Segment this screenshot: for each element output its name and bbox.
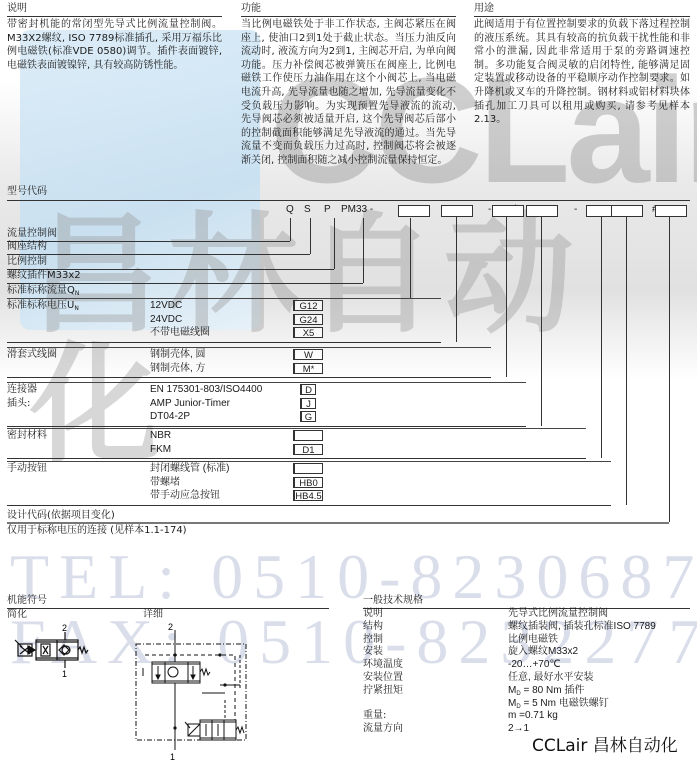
leader-line-v bbox=[456, 216, 457, 342]
spec-key: 说明 bbox=[363, 608, 383, 620]
detailed-symbol-diagram: 2 1 bbox=[130, 620, 260, 764]
code-slot-box[interactable] bbox=[611, 205, 643, 217]
description-text: 带密封机能的常闭型先导式比例流量控制阀。M33X2螺纹, ISO 7789标准插… bbox=[7, 18, 222, 72]
port-2-label: 2 bbox=[62, 623, 67, 633]
design-code-line bbox=[7, 522, 669, 524]
description-title: 说明 bbox=[7, 3, 222, 17]
spec-key: 重量: bbox=[363, 710, 386, 722]
spec-key: 控制 bbox=[363, 634, 383, 646]
code-part: P bbox=[324, 204, 331, 216]
spec-key: 流量方向 bbox=[363, 723, 403, 735]
code-option-text: 带手动应急按钮 bbox=[150, 490, 220, 502]
usage-title: 用途 bbox=[474, 3, 690, 17]
leader-line-v bbox=[310, 218, 311, 254]
group-separator bbox=[7, 298, 441, 299]
spec-key: 结构 bbox=[363, 621, 383, 633]
code-level-label: 阀座结构 bbox=[7, 241, 47, 253]
footnote: 仅用于标称电压的连接 (见样本1.1-174) bbox=[7, 525, 187, 537]
leader-line-h bbox=[7, 342, 441, 343]
code-option-text: 封闭螺线管 (标准) bbox=[150, 463, 229, 475]
leader-line-v bbox=[626, 216, 627, 505]
code-option-box[interactable]: D bbox=[300, 384, 316, 395]
code-part: - bbox=[574, 204, 577, 216]
design-code-label: 设计代码(依据项目变化) bbox=[7, 510, 115, 522]
code-slot-box[interactable] bbox=[492, 205, 524, 217]
leader-line-v bbox=[669, 216, 670, 522]
code-group-label: 密封材料 bbox=[7, 430, 47, 442]
spec-value: m =0.71 kg bbox=[508, 710, 558, 722]
leader-line-h bbox=[7, 283, 363, 284]
code-group-label: 标准标称电压UN bbox=[7, 300, 79, 315]
code-slot-box[interactable] bbox=[526, 205, 558, 217]
code-level-label: 螺纹插件M33x2 bbox=[7, 270, 81, 282]
model-code-rule bbox=[7, 200, 690, 201]
leader-line-v bbox=[334, 218, 335, 269]
code-part: - bbox=[488, 204, 491, 216]
footer-brand: CCLair 昌林自动化 bbox=[532, 731, 678, 756]
code-option-text: 24VDC bbox=[150, 314, 182, 326]
leader-line-v bbox=[290, 218, 291, 241]
code-option-box[interactable]: M* bbox=[293, 363, 323, 374]
spec-value: 2→1 bbox=[508, 723, 529, 735]
simplified-symbol-diagram: 2 1 bbox=[0, 620, 110, 690]
code-group-label: 滑套式线圈 bbox=[7, 349, 57, 361]
code-part: Q bbox=[286, 204, 294, 216]
code-option-box[interactable] bbox=[293, 430, 323, 441]
spec-value: 比例电磁铁 bbox=[508, 634, 558, 646]
code-slot-box[interactable] bbox=[655, 205, 687, 217]
spec-value: -20…+70℃ bbox=[508, 659, 561, 671]
code-option-text: NBR bbox=[150, 430, 171, 442]
code-option-text: 12VDC bbox=[150, 300, 182, 312]
leader-line-v bbox=[541, 216, 542, 426]
leader-line-h bbox=[7, 377, 491, 378]
code-option-box[interactable]: G24 bbox=[293, 314, 323, 325]
code-slot-box[interactable] bbox=[441, 205, 473, 217]
code-option-text: DT04-2P bbox=[150, 411, 190, 423]
usage-text: 此阀适用于有位置控制要求的负载下落过程控制的液压系统。其具有较高的抗负载干扰性能… bbox=[474, 18, 690, 127]
spec-key: 安装位置 bbox=[363, 672, 403, 684]
code-option-box[interactable]: J bbox=[300, 398, 316, 409]
spec-value: 任意, 最好水平安装 bbox=[508, 672, 594, 684]
group-separator bbox=[7, 428, 586, 429]
spec-key: 环境温度 bbox=[363, 659, 403, 671]
function-title: 功能 bbox=[241, 3, 456, 17]
code-option-box[interactable] bbox=[293, 463, 323, 474]
specs-title: 一般技术规格 bbox=[363, 595, 690, 609]
code-slot-box[interactable] bbox=[398, 205, 430, 217]
code-option-text: 带螺堵 bbox=[150, 477, 180, 489]
code-option-text: 钢制壳体, 圆 bbox=[150, 349, 206, 361]
spec-key: 安装 bbox=[363, 646, 383, 658]
code-option-box[interactable]: HB0 bbox=[293, 477, 323, 488]
leader-line-h bbox=[7, 426, 526, 427]
spec-value: 旋入螺纹M33x2 bbox=[508, 646, 578, 658]
leader-line-h bbox=[7, 458, 586, 459]
code-option-text: 不带电磁线圈 bbox=[150, 327, 210, 339]
group-separator bbox=[7, 461, 611, 462]
model-code-title: 型号代码 bbox=[7, 186, 47, 198]
spec-key: 拧紧扭矩 bbox=[363, 685, 403, 697]
code-group-label-2: 插头: bbox=[7, 398, 30, 410]
leader-line-v bbox=[410, 218, 411, 298]
leader-line-v bbox=[506, 216, 507, 377]
detail-port-1-label: 1 bbox=[170, 752, 175, 762]
port-1-label: 1 bbox=[62, 669, 67, 679]
code-part: PM33 - bbox=[341, 204, 373, 216]
leader-line-h bbox=[7, 254, 310, 255]
spec-value: 先导式比例流量控制阀 bbox=[508, 608, 608, 620]
spec-value: 螺纹插装阀, 插装孔标准ISO 7789 bbox=[508, 621, 656, 633]
leader-line-h bbox=[7, 241, 290, 242]
code-option-box[interactable]: X5 bbox=[293, 327, 323, 338]
code-option-box[interactable]: HB4.5 bbox=[293, 490, 323, 501]
code-level-label: 流量控制阀 bbox=[7, 228, 57, 240]
code-option-text: EN 175301-803/ISO4400 bbox=[150, 384, 262, 396]
leader-line-v bbox=[601, 216, 602, 458]
function-text: 当比例电磁铁处于非工作状态, 主阀芯紧压在阀座上, 使油口2到1处于截止状态。当… bbox=[241, 18, 456, 168]
code-level-label: 比例控制 bbox=[7, 256, 47, 268]
leader-line-v bbox=[363, 218, 364, 283]
detail-port-2-label: 2 bbox=[168, 622, 173, 632]
code-option-box[interactable]: W bbox=[293, 349, 323, 360]
code-option-text: FKM bbox=[150, 444, 171, 456]
code-group-label: 连接器 bbox=[7, 384, 37, 396]
leader-line-h bbox=[7, 505, 611, 506]
symbols-title: 机能符号 bbox=[7, 595, 329, 609]
group-separator bbox=[7, 347, 491, 348]
code-option-box[interactable]: D1 bbox=[293, 444, 323, 455]
code-option-text: 钢制壳体, 方 bbox=[150, 363, 206, 375]
group-separator bbox=[7, 382, 526, 383]
code-option-text: AMP Junior-Timer bbox=[150, 398, 230, 410]
code-group-label: 手动按钮 bbox=[7, 463, 47, 475]
code-part: S bbox=[304, 204, 311, 216]
code-option-box[interactable]: G12 bbox=[293, 300, 323, 311]
code-option-box[interactable]: G bbox=[300, 411, 316, 422]
